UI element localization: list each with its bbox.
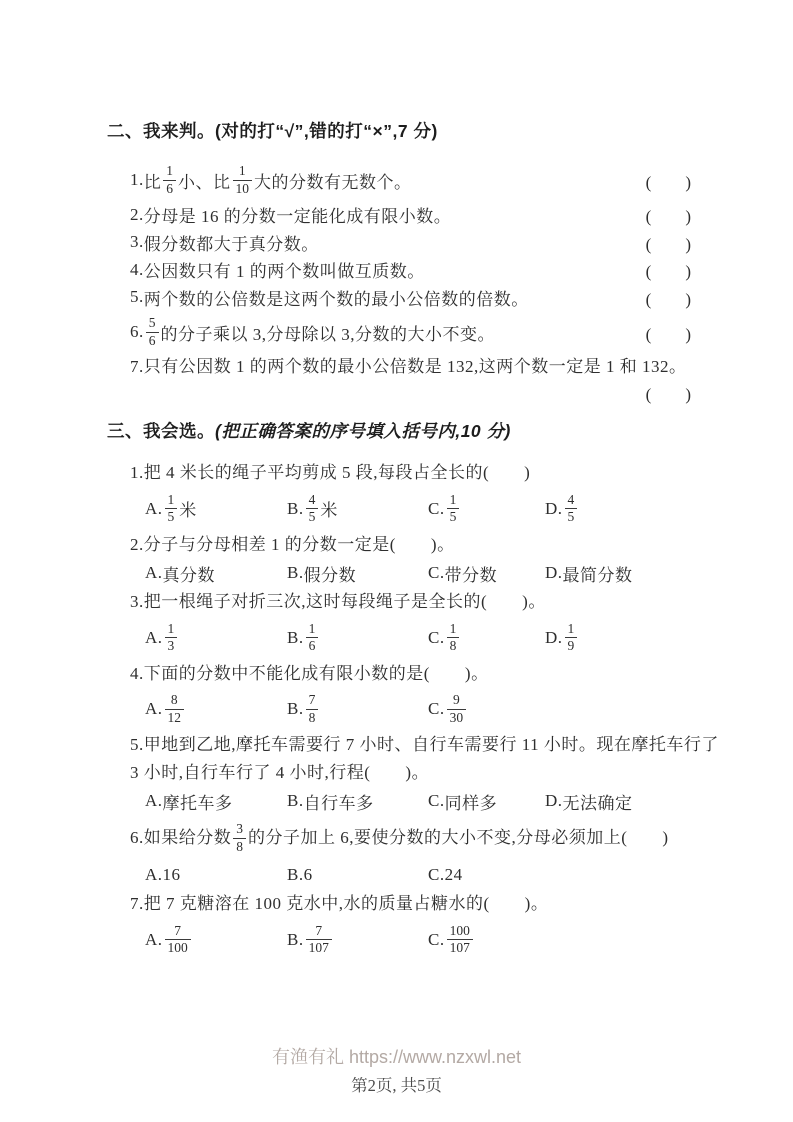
question-text: 下面的分数中不能化成有限小数的是( )。 [144,664,489,683]
tf-item-2: 2.分母是 16 的分数一定能化成有限小数。 ( ) [130,201,691,229]
choice-label: B. [287,699,304,719]
choice-text: 同样多 [445,789,498,814]
page-content: 二、我来判。(对的打“√”,错的打“×”,7 分) 1.比16小、比110大的分… [0,0,793,962]
choice-a: A.13 [145,622,287,653]
numerator: 1 [306,622,319,637]
choice-c: C.100107 [428,924,748,955]
choice-text: 16 [163,865,181,885]
tf-item-2-statement: 2.分母是 16 的分数一定能化成有限小数。 [130,202,451,227]
statement-text: 公因数只有 1 的两个数叫做互质数。 [144,257,425,282]
tf-item-1: 1.比16小、比110大的分数有无数个。 ( ) [130,159,691,201]
question-5-choices: A.摩托车多 B.自行车多 C.同样多 D.无法确定 [145,786,748,816]
choice-label: C. [428,699,445,719]
numerator: 1 [165,622,178,637]
choice-label: B. [287,499,304,519]
choice-a: A.真分数 [145,561,287,586]
tf-item-7: 7.只有公因数 1 的两个数的最小公倍数是 132,这两个数一定是 1 和 13… [130,353,748,381]
choice-label: A. [145,930,163,950]
question-number: 5. [130,735,144,754]
denominator: 107 [306,939,332,955]
fraction: 18 [447,622,460,653]
choice-b: B.16 [287,622,428,653]
footer-site-link[interactable]: 有渔有礼 https://www.nzxwl.net [0,1043,793,1069]
item-number: 7. [130,357,144,376]
choice-label: C. [428,628,445,648]
choice-label: B. [287,791,304,811]
worksheet-page: 二、我来判。(对的打“√”,错的打“×”,7 分) 1.比16小、比110大的分… [0,0,793,1122]
tf-item-3-statement: 3.假分数都大于真分数。 [130,230,319,255]
question-2-choices: A.真分数 B.假分数 C.带分数 D.最简分数 [145,558,748,588]
numerator: 1 [565,622,578,637]
item-number: 2. [130,205,144,225]
choice-c: C.带分数 [428,561,545,586]
numerator: 4 [306,493,319,508]
choice-a: A.812 [145,693,287,724]
footer-page-number: 第2页, 共5页 [0,1072,793,1096]
item-number: 1. [130,170,144,190]
answer-bracket: ( ) [646,285,691,310]
answer-bracket: ( ) [646,257,691,282]
choice-a: A.7100 [145,924,287,955]
question-text: 把一根绳子对折三次,这时每段绳子是全长的( )。 [144,592,546,611]
denominator: 6 [163,180,176,196]
choice-text: 摩托车多 [163,789,233,814]
question-5-stem-line1: 5.甲地到乙地,摩托车需要行 7 小时、自行车需要行 11 小时。现在摩托车行了 [130,731,748,759]
fraction: 15 [165,493,178,524]
choice-text: 24 [445,865,463,885]
question-4-stem: 4.下面的分数中不能化成有限小数的是( )。 [130,660,748,688]
page-footer: 有渔有礼 https://www.nzxwl.net 第2页, 共5页 [0,1043,793,1096]
question-6-choices: A.16 B.6 C.24 [145,860,748,890]
fraction: 812 [165,693,185,724]
answer-bracket: ( ) [646,202,691,227]
numerator: 9 [447,693,467,708]
numerator: 1 [447,622,460,637]
question-number: 6. [130,828,144,848]
numerator: 100 [447,924,473,939]
choice-label: B. [287,865,304,885]
choice-c: C.930 [428,693,748,724]
item-number: 3. [130,232,144,252]
statement-text: 大的分数有无数个。 [254,168,412,193]
denominator: 6 [146,332,159,348]
tf-item-6: 6.56的分子乘以 3,分母除以 3,分数的大小不变。 ( ) [130,311,691,353]
answer-bracket: ( ) [646,385,691,404]
choice-label: D. [545,563,563,583]
choice-label: C. [428,930,445,950]
question-7-choices: A.7100 B.7107 C.100107 [145,918,748,962]
fraction: 45 [565,493,578,524]
numerator: 3 [233,822,246,837]
fraction: 16 [306,622,319,653]
question-text: 3 小时,自行车行了 4 小时,行程( )。 [130,763,429,782]
choice-text: 假分数 [304,561,357,586]
denominator: 5 [565,508,578,524]
denominator: 3 [165,637,178,653]
question-2-stem: 2.分子与分母相差 1 的分数一定是( )。 [130,531,748,559]
fraction: 7107 [306,924,332,955]
answer-bracket: ( ) [646,168,691,193]
item-number: 5. [130,287,144,307]
question-number: 7. [130,894,144,913]
numerator: 7 [165,924,191,939]
section-2-header: 二、我来判。(对的打“√”,错的打“×”,7 分) [107,118,748,143]
tf-item-5-statement: 5.两个数的公倍数是这两个数的最小公倍数的倍数。 [130,285,529,310]
choice-c: C.15 [428,493,545,524]
question-7-stem: 7.把 7 克糖溶在 100 克水中,水的质量占糖水的( )。 [130,890,748,918]
choice-a: A.15米 [145,493,287,524]
choice-b: B.6 [287,865,428,885]
numerator: 7 [306,693,319,708]
question-1-stem: 1.把 4 米长的绳子平均剪成 5 段,每段占全长的( ) [130,459,748,487]
numerator: 4 [565,493,578,508]
question-number: 2. [130,535,144,554]
choice-b: B.7107 [287,924,428,955]
choice-b: B.78 [287,693,428,724]
choice-label: D. [545,628,563,648]
choice-label: A. [145,699,163,719]
denominator: 6 [306,637,319,653]
question-4-choices: A.812 B.78 C.930 [145,687,748,731]
choice-text: 最简分数 [563,561,633,586]
choice-label: C. [428,499,445,519]
choice-a: A.16 [145,865,287,885]
denominator: 9 [565,637,578,653]
fraction: 100107 [447,924,473,955]
numerator: 8 [165,693,185,708]
choice-suffix: 米 [320,496,338,521]
fraction: 7100 [165,924,191,955]
fraction: 13 [165,622,178,653]
item-number: 4. [130,260,144,280]
tf-item-1-statement: 1.比16小、比110大的分数有无数个。 [130,164,412,195]
question-text: 把 7 克糖溶在 100 克水中,水的质量占糖水的( )。 [144,894,549,913]
denominator: 5 [165,508,178,524]
section-3-title: 三、我会选。 [107,421,215,441]
denominator: 12 [165,709,185,725]
fraction: 38 [233,822,246,853]
choice-d: D.45 [545,493,748,524]
question-number: 4. [130,664,144,683]
numerator: 1 [447,493,460,508]
fraction: 56 [146,316,159,347]
choice-c: C.同样多 [428,789,545,814]
tf-item-3: 3.假分数都大于真分数。 ( ) [130,229,691,257]
question-5-stem-line2: 3 小时,自行车行了 4 小时,行程( )。 [130,759,748,787]
choice-label: B. [287,930,304,950]
statement-text: 的分子乘以 3,分母除以 3,分数的大小不变。 [161,320,496,345]
numerator: 1 [233,164,253,179]
choice-label: D. [545,791,563,811]
denominator: 5 [306,508,319,524]
question-text: 甲地到乙地,摩托车需要行 7 小时、自行车需要行 11 小时。现在摩托车行了 [144,735,719,754]
numerator: 5 [146,316,159,331]
statement-text: 只有公因数 1 的两个数的最小公倍数是 132,这两个数一定是 1 和 132。 [144,357,687,376]
choice-label: B. [287,563,304,583]
choice-a: A.摩托车多 [145,789,287,814]
choice-text: 无法确定 [563,789,633,814]
question-number: 3. [130,592,144,611]
choice-b: B.假分数 [287,561,428,586]
fraction: 16 [163,164,176,195]
section-2-title: 二、我来判。 [107,121,215,141]
question-number: 1. [130,463,144,482]
numerator: 7 [306,924,332,939]
fraction: 930 [447,693,467,724]
numerator: 1 [165,493,178,508]
statement-text: 假分数都大于真分数。 [144,230,319,255]
statement-text: 两个数的公倍数是这两个数的最小公倍数的倍数。 [144,285,529,310]
question-text: 如果给分数 [144,828,232,848]
choice-label: C. [428,865,445,885]
tf-item-6-statement: 6.56的分子乘以 3,分母除以 3,分数的大小不变。 [130,316,495,347]
denominator: 8 [233,838,246,854]
choice-text: 自行车多 [304,789,374,814]
choice-d: D.最简分数 [545,561,748,586]
choice-label: A. [145,865,163,885]
choice-text: 6 [304,865,313,885]
choice-label: A. [145,791,163,811]
choice-label: D. [545,499,563,519]
choice-d: D.无法确定 [545,789,748,814]
tf-item-4: 4.公因数只有 1 的两个数叫做互质数。 ( ) [130,256,691,284]
question-text: 把 4 米长的绳子平均剪成 5 段,每段占全长的( ) [144,463,531,482]
question-text: 的分子加上 6,要使分数的大小不变,分母必须加上( ) [248,828,669,848]
choice-c: C.24 [428,865,748,885]
fraction: 110 [233,164,253,195]
denominator: 107 [447,939,473,955]
fraction: 45 [306,493,319,524]
answer-bracket: ( ) [646,320,691,345]
numerator: 1 [163,164,176,179]
question-text: 分子与分母相差 1 的分数一定是( )。 [144,535,455,554]
choice-b: B.自行车多 [287,789,428,814]
fraction: 15 [447,493,460,524]
choice-label: A. [145,628,163,648]
denominator: 8 [306,709,319,725]
choice-d: D.19 [545,622,748,653]
choice-label: A. [145,563,163,583]
choice-c: C.18 [428,622,545,653]
answer-bracket: ( ) [646,230,691,255]
item-number: 6. [130,322,144,342]
denominator: 100 [165,939,191,955]
tf-item-4-statement: 4.公因数只有 1 的两个数叫做互质数。 [130,257,425,282]
question-3-choices: A.13 B.16 C.18 D.19 [145,616,748,660]
section-3-header: 三、我会选。(把正确答案的序号填入括号内,10 分) [107,418,748,443]
choice-text: 真分数 [163,561,216,586]
statement-text: 比 [144,168,162,193]
choice-label: C. [428,791,445,811]
section-3-instruction: (把正确答案的序号填入括号内,10 分) [215,421,511,441]
choice-label: B. [287,628,304,648]
fraction: 19 [565,622,578,653]
question-1-choices: A.15米 B.45米 C.15 D.45 [145,487,748,531]
denominator: 8 [447,637,460,653]
denominator: 5 [447,508,460,524]
section-2-instruction: (对的打“√”,错的打“×”,7 分) [215,121,438,141]
choice-text: 带分数 [445,561,498,586]
statement-text: 分母是 16 的分数一定能化成有限小数。 [144,202,452,227]
statement-text: 小、比 [178,168,231,193]
tf-item-7-bracket-line: ( ) [130,381,691,409]
denominator: 30 [447,709,467,725]
denominator: 10 [233,180,253,196]
question-3-stem: 3.把一根绳子对折三次,这时每段绳子是全长的( )。 [130,588,748,616]
choice-suffix: 米 [179,496,197,521]
fraction: 78 [306,693,319,724]
tf-item-5: 5.两个数的公倍数是这两个数的最小公倍数的倍数。 ( ) [130,284,691,312]
choice-b: B.45米 [287,493,428,524]
choice-label: A. [145,499,163,519]
question-6-stem: 6.如果给分数38的分子加上 6,要使分数的大小不变,分母必须加上( ) [130,816,748,860]
choice-label: C. [428,563,445,583]
